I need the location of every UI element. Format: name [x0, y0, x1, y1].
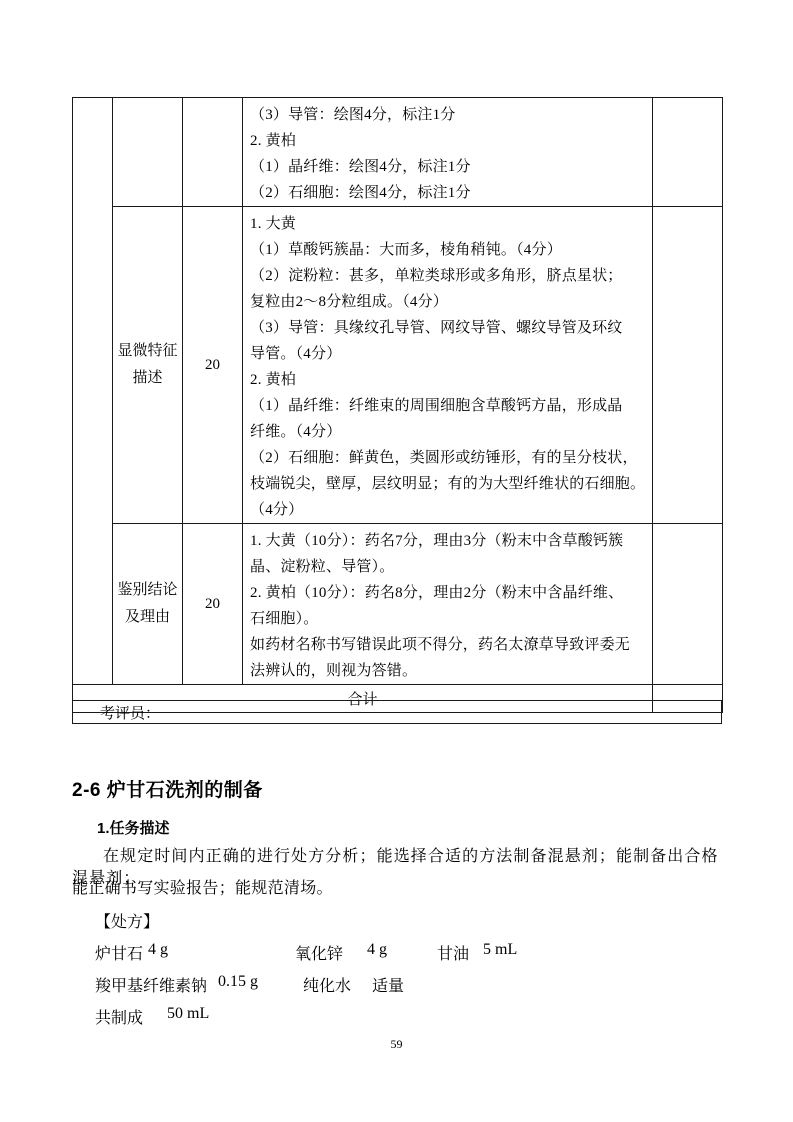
text-line: （3）导管：具缘纹孔导管、网纹导管、螺纹导管及环纹 [250, 315, 646, 341]
row2-content-cell: 1. 大黄（1）草酸钙簇晶：大而多，棱角稍钝。（4分）（2）淀粉粒：甚多，单粒类… [243, 207, 653, 524]
text-line: 石细胞）。 [250, 606, 646, 632]
text-line: （3）导管：绘图4分，标注1分 [250, 102, 646, 128]
ingredient-name: 炉甘石 [95, 941, 143, 964]
ingredient-amount: 0.15 g [218, 973, 258, 991]
examiner-row: 考评员： [73, 701, 722, 724]
ingredient-name: 甘油 [437, 941, 469, 964]
ingredient-amount: 50 mL [167, 1005, 209, 1023]
table-row: 显微特征 描述 20 1. 大黄（1）草酸钙簇晶：大而多，棱角稍钝。（4分）（2… [73, 207, 723, 524]
text-line: （4分） [250, 497, 646, 523]
text-line: 2. 黄柏 [250, 367, 646, 393]
text-line: 法辨认的，则视为答错。 [250, 658, 646, 684]
row-label-text: 及理由 [113, 604, 182, 631]
ingredient-name: 纯化水 [303, 973, 351, 996]
examiner-label: 考评员： [73, 701, 722, 724]
row2-score-cell: 20 [183, 207, 243, 524]
row3-points-cell [653, 524, 723, 685]
prescription-line: 共制成 50 mL [72, 1005, 732, 1025]
text-line: （2）石细胞：绘图4分，标注1分 [250, 180, 646, 206]
text-line: 2. 黄柏 [250, 128, 646, 154]
row1-content-cell: （3）导管：绘图4分，标注1分2. 黄柏（1）晶纤维：绘图4分，标注1分（2）石… [243, 98, 653, 207]
text-line: （2）淀粉粒：甚多，单粒类球形或多角形，脐点星状； [250, 263, 646, 289]
text-line: 纤维。（4分） [250, 419, 646, 445]
ingredient-amount: 适量 [372, 973, 404, 996]
prescription-line: 羧甲基纤维素钠 0.15 g 纯化水 适量 [72, 973, 732, 993]
ingredient-amount: 4 g [367, 941, 387, 959]
text-line: （2）石细胞：鲜黄色，类圆形或纺锤形，有的呈分枝状， [250, 445, 646, 471]
row2-points-cell [653, 207, 723, 524]
row3-content-cell: 1. 大黄（10分）：药名7分，理由3分（粉末中含草酸钙簇晶、淀粉粒、导管）。2… [243, 524, 653, 685]
section-heading: 2-6 炉甘石洗剂的制备 [72, 775, 263, 802]
document-page: （3）导管：绘图4分，标注1分2. 黄柏（1）晶纤维：绘图4分，标注1分（2）石… [0, 0, 793, 1122]
task-description: 在规定时间内正确的进行处方分析；能选择合适的方法制备混悬剂；能制备出合格混悬剂；… [72, 846, 727, 910]
row3-label-cell: 鉴别结论 及理由 [113, 524, 183, 685]
page-number: 59 [0, 1037, 793, 1052]
ingredient-name: 共制成 [95, 1005, 143, 1028]
prescription-heading: 【处方】 [95, 909, 159, 932]
row1-score-cell [183, 98, 243, 207]
row-label-text: 显微特征 [113, 338, 182, 365]
ingredient-name: 氧化锌 [295, 941, 343, 964]
task-line: 在规定时间内正确的进行处方分析；能选择合适的方法制备混悬剂；能制备出合格混悬剂； [72, 846, 727, 878]
row-label-text: 描述 [113, 365, 182, 392]
task-line: 能正确书写实验报告；能规范清场。 [72, 878, 727, 910]
prescription-line: 炉甘石 4 g 氧化锌 4 g 甘油 5 mL [72, 941, 732, 961]
text-line: 枝端锐尖，壁厚，层纹明显；有的为大型纤维状的石细胞。 [250, 471, 646, 497]
text-line: 1. 大黄（10分）：药名7分，理由3分（粉末中含草酸钙簇 [250, 528, 646, 554]
row1-label-cell [113, 98, 183, 207]
scoring-table: （3）导管：绘图4分，标注1分2. 黄柏（1）晶纤维：绘图4分，标注1分（2）石… [72, 97, 723, 713]
text-line: （1）晶纤维：绘图4分，标注1分 [250, 154, 646, 180]
row2-label-cell: 显微特征 描述 [113, 207, 183, 524]
row1-points-cell [653, 98, 723, 207]
text-line: 复粒由2〜8分粒组成。（4分） [250, 289, 646, 315]
ingredient-amount: 4 g [148, 941, 168, 959]
ingredient-name: 羧甲基纤维素钠 [95, 973, 207, 996]
text-line: 1. 大黄 [250, 211, 646, 237]
left-margin-cell [73, 98, 113, 685]
row-label-text: 鉴别结论 [113, 577, 182, 604]
ingredient-amount: 5 mL [483, 941, 517, 959]
text-line: 晶、淀粉粒、导管）。 [250, 554, 646, 580]
examiner-table: 考评员： [72, 700, 722, 724]
text-line: （1）草酸钙簇晶：大而多，棱角稍钝。（4分） [250, 237, 646, 263]
table-row: 鉴别结论 及理由 20 1. 大黄（10分）：药名7分，理由3分（粉末中含草酸钙… [73, 524, 723, 685]
row3-score-cell: 20 [183, 524, 243, 685]
text-line: 导管。（4分） [250, 341, 646, 367]
table-row: （3）导管：绘图4分，标注1分2. 黄柏（1）晶纤维：绘图4分，标注1分（2）石… [73, 98, 723, 207]
text-line: （1）晶纤维：纤维束的周围细胞含草酸钙方晶，形成晶 [250, 393, 646, 419]
task-subheading: 1.任务描述 [97, 817, 170, 838]
text-line: 2. 黄柏（10分）：药名8分，理由2分（粉末中含晶纤维、 [250, 580, 646, 606]
text-line: 如药材名称书写错误此项不得分，药名太潦草导致评委无 [250, 632, 646, 658]
